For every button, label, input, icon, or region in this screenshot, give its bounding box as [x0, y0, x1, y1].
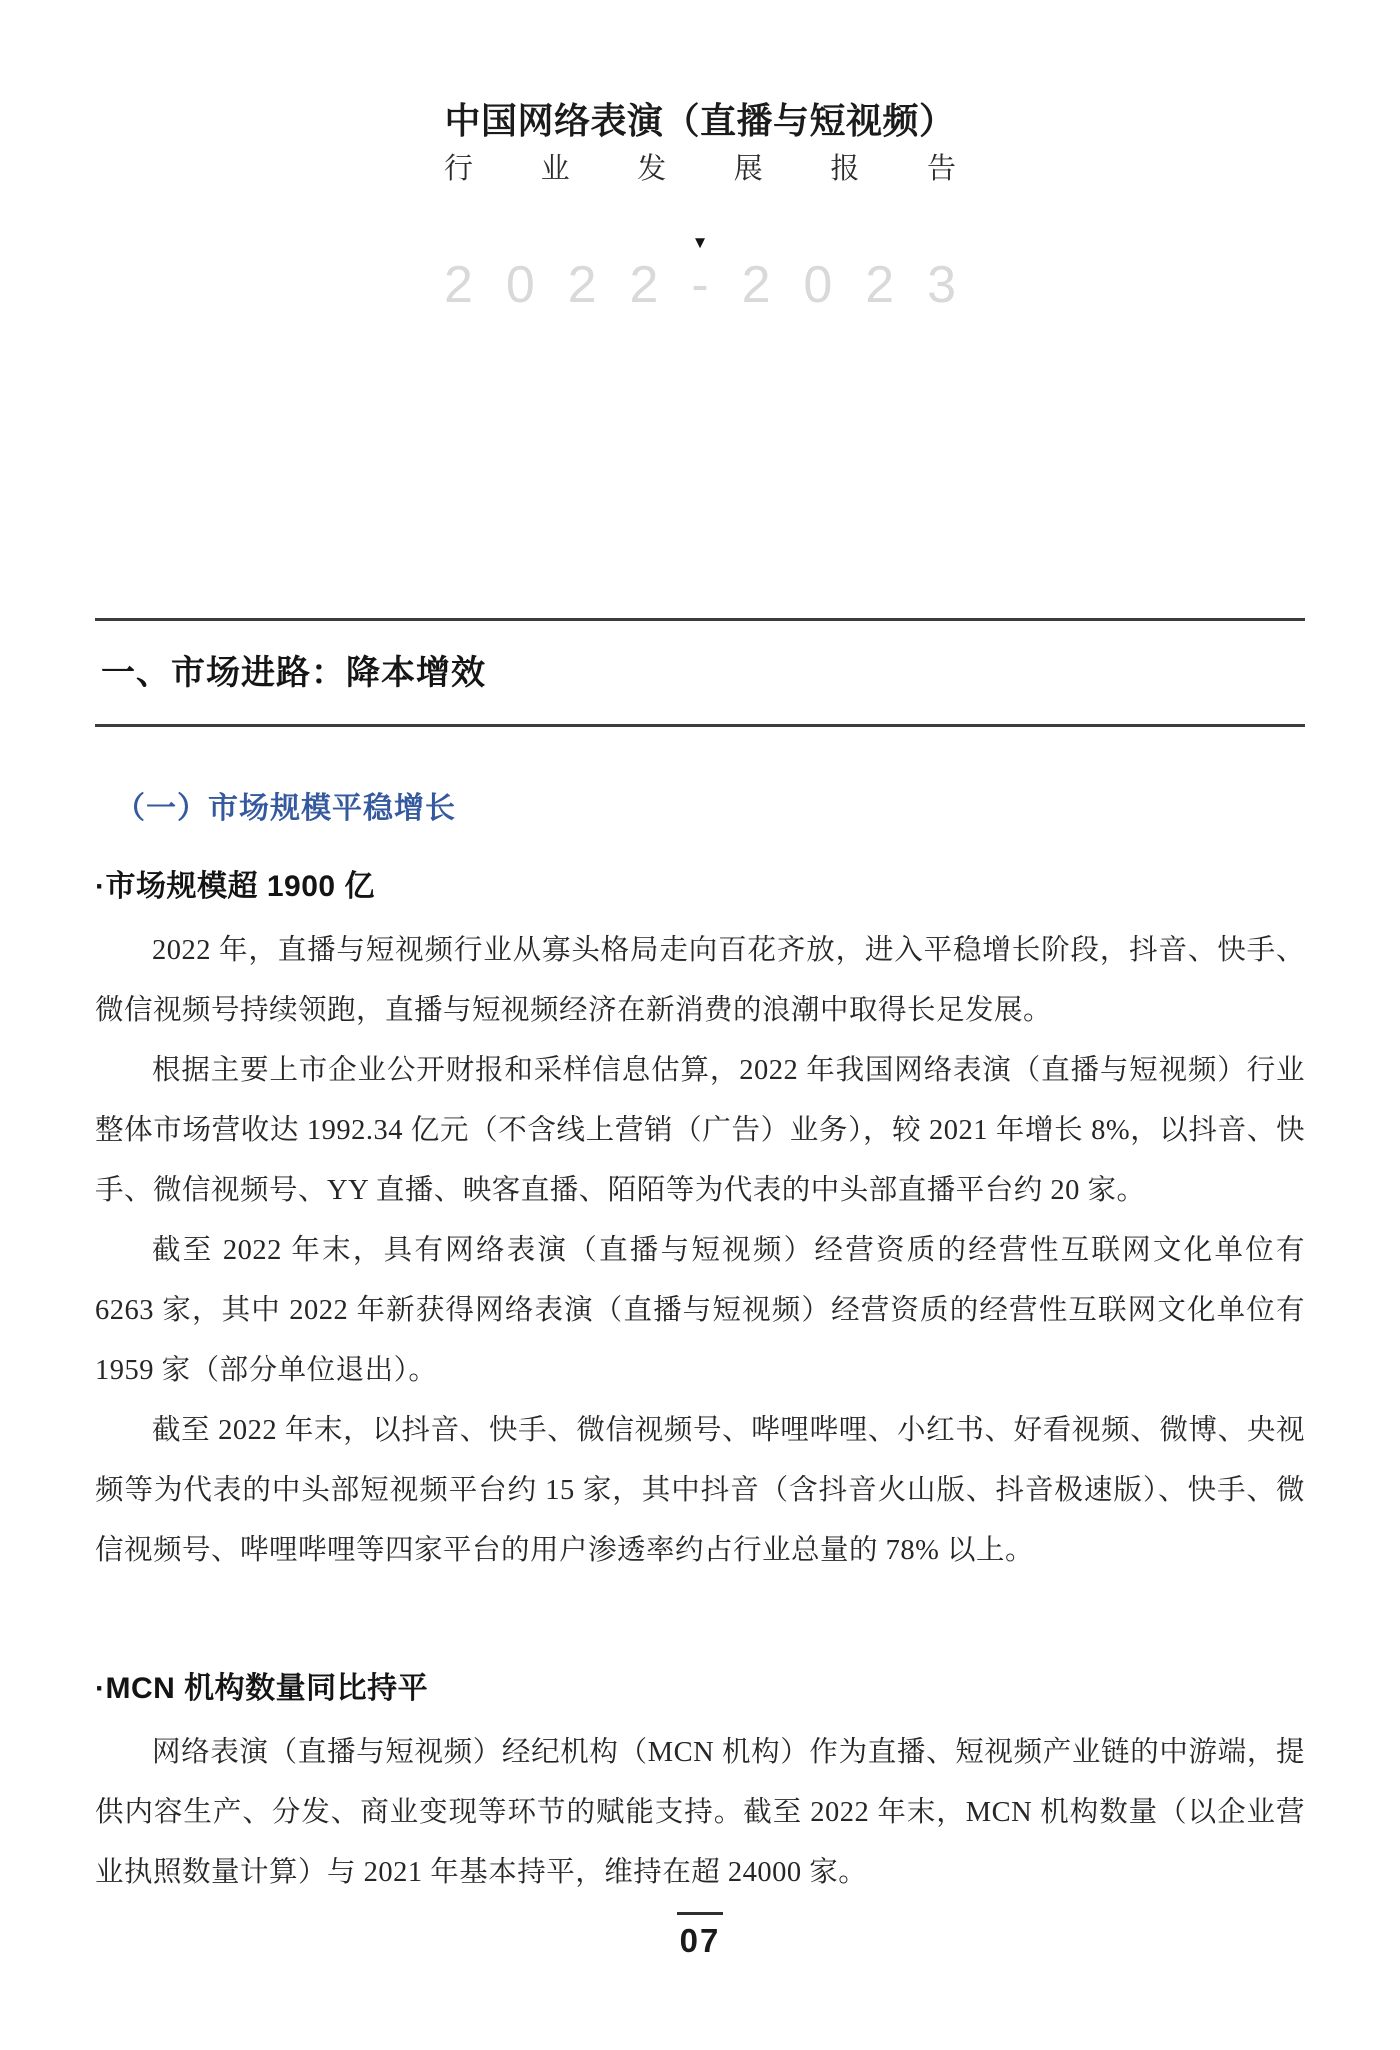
subsection-heading: （一）市场规模平稳增长: [95, 783, 1305, 827]
mcn-heading: ·MCN 机构数量同比持平: [95, 1663, 1305, 1707]
report-title: 中国网络表演（直播与短视频）: [444, 98, 956, 143]
footer-rule: [677, 1912, 723, 1915]
paragraph: 截至 2022 年末，以抖音、快手、微信视频号、哔哩哔哩、小红书、好看视频、微博…: [95, 1401, 1305, 1581]
report-subtitle: 行 业 发 展 报 告: [444, 153, 956, 220]
body-text-mcn: 网络表演（直播与短视频）经纪机构（MCN 机构）作为直播、短视频产业链的中游端，…: [95, 1723, 1305, 1903]
report-header: 中国网络表演（直播与短视频） 行 业 发 展 报 告 ▼ 2 0 2 2 - 2…: [444, 0, 956, 371]
paragraph: 根据主要上市企业公开财报和采样信息估算，2022 年我国网络表演（直播与短视频）…: [95, 1041, 1305, 1221]
page-footer: 07: [0, 1912, 1400, 1960]
body-text-market: 2022 年，直播与短视频行业从寡头格局走向百花齐放，进入平稳增长阶段，抖音、快…: [95, 921, 1305, 1581]
paragraph: 2022 年，直播与短视频行业从寡头格局走向百花齐放，进入平稳增长阶段，抖音、快…: [95, 921, 1305, 1041]
paragraph: 截至 2022 年末，具有网络表演（直播与短视频）经营资质的经营性互联网文化单位…: [95, 1221, 1305, 1401]
paragraph: 网络表演（直播与短视频）经纪机构（MCN 机构）作为直播、短视频产业链的中游端，…: [95, 1723, 1305, 1903]
triangle-down-icon: ▼: [444, 234, 956, 251]
market-scale-heading: ·市场规模超 1900 亿: [95, 861, 1305, 905]
report-years: 2 0 2 2 - 2 0 2 3: [444, 257, 956, 371]
section-heading: 一、市场进路：降本增效: [101, 645, 1299, 694]
section-heading-block: 一、市场进路：降本增效: [95, 618, 1305, 727]
report-page: 中国网络表演（直播与短视频） 行 业 发 展 报 告 ▼ 2 0 2 2 - 2…: [0, 0, 1400, 2050]
page-number: 07: [0, 1922, 1400, 1960]
